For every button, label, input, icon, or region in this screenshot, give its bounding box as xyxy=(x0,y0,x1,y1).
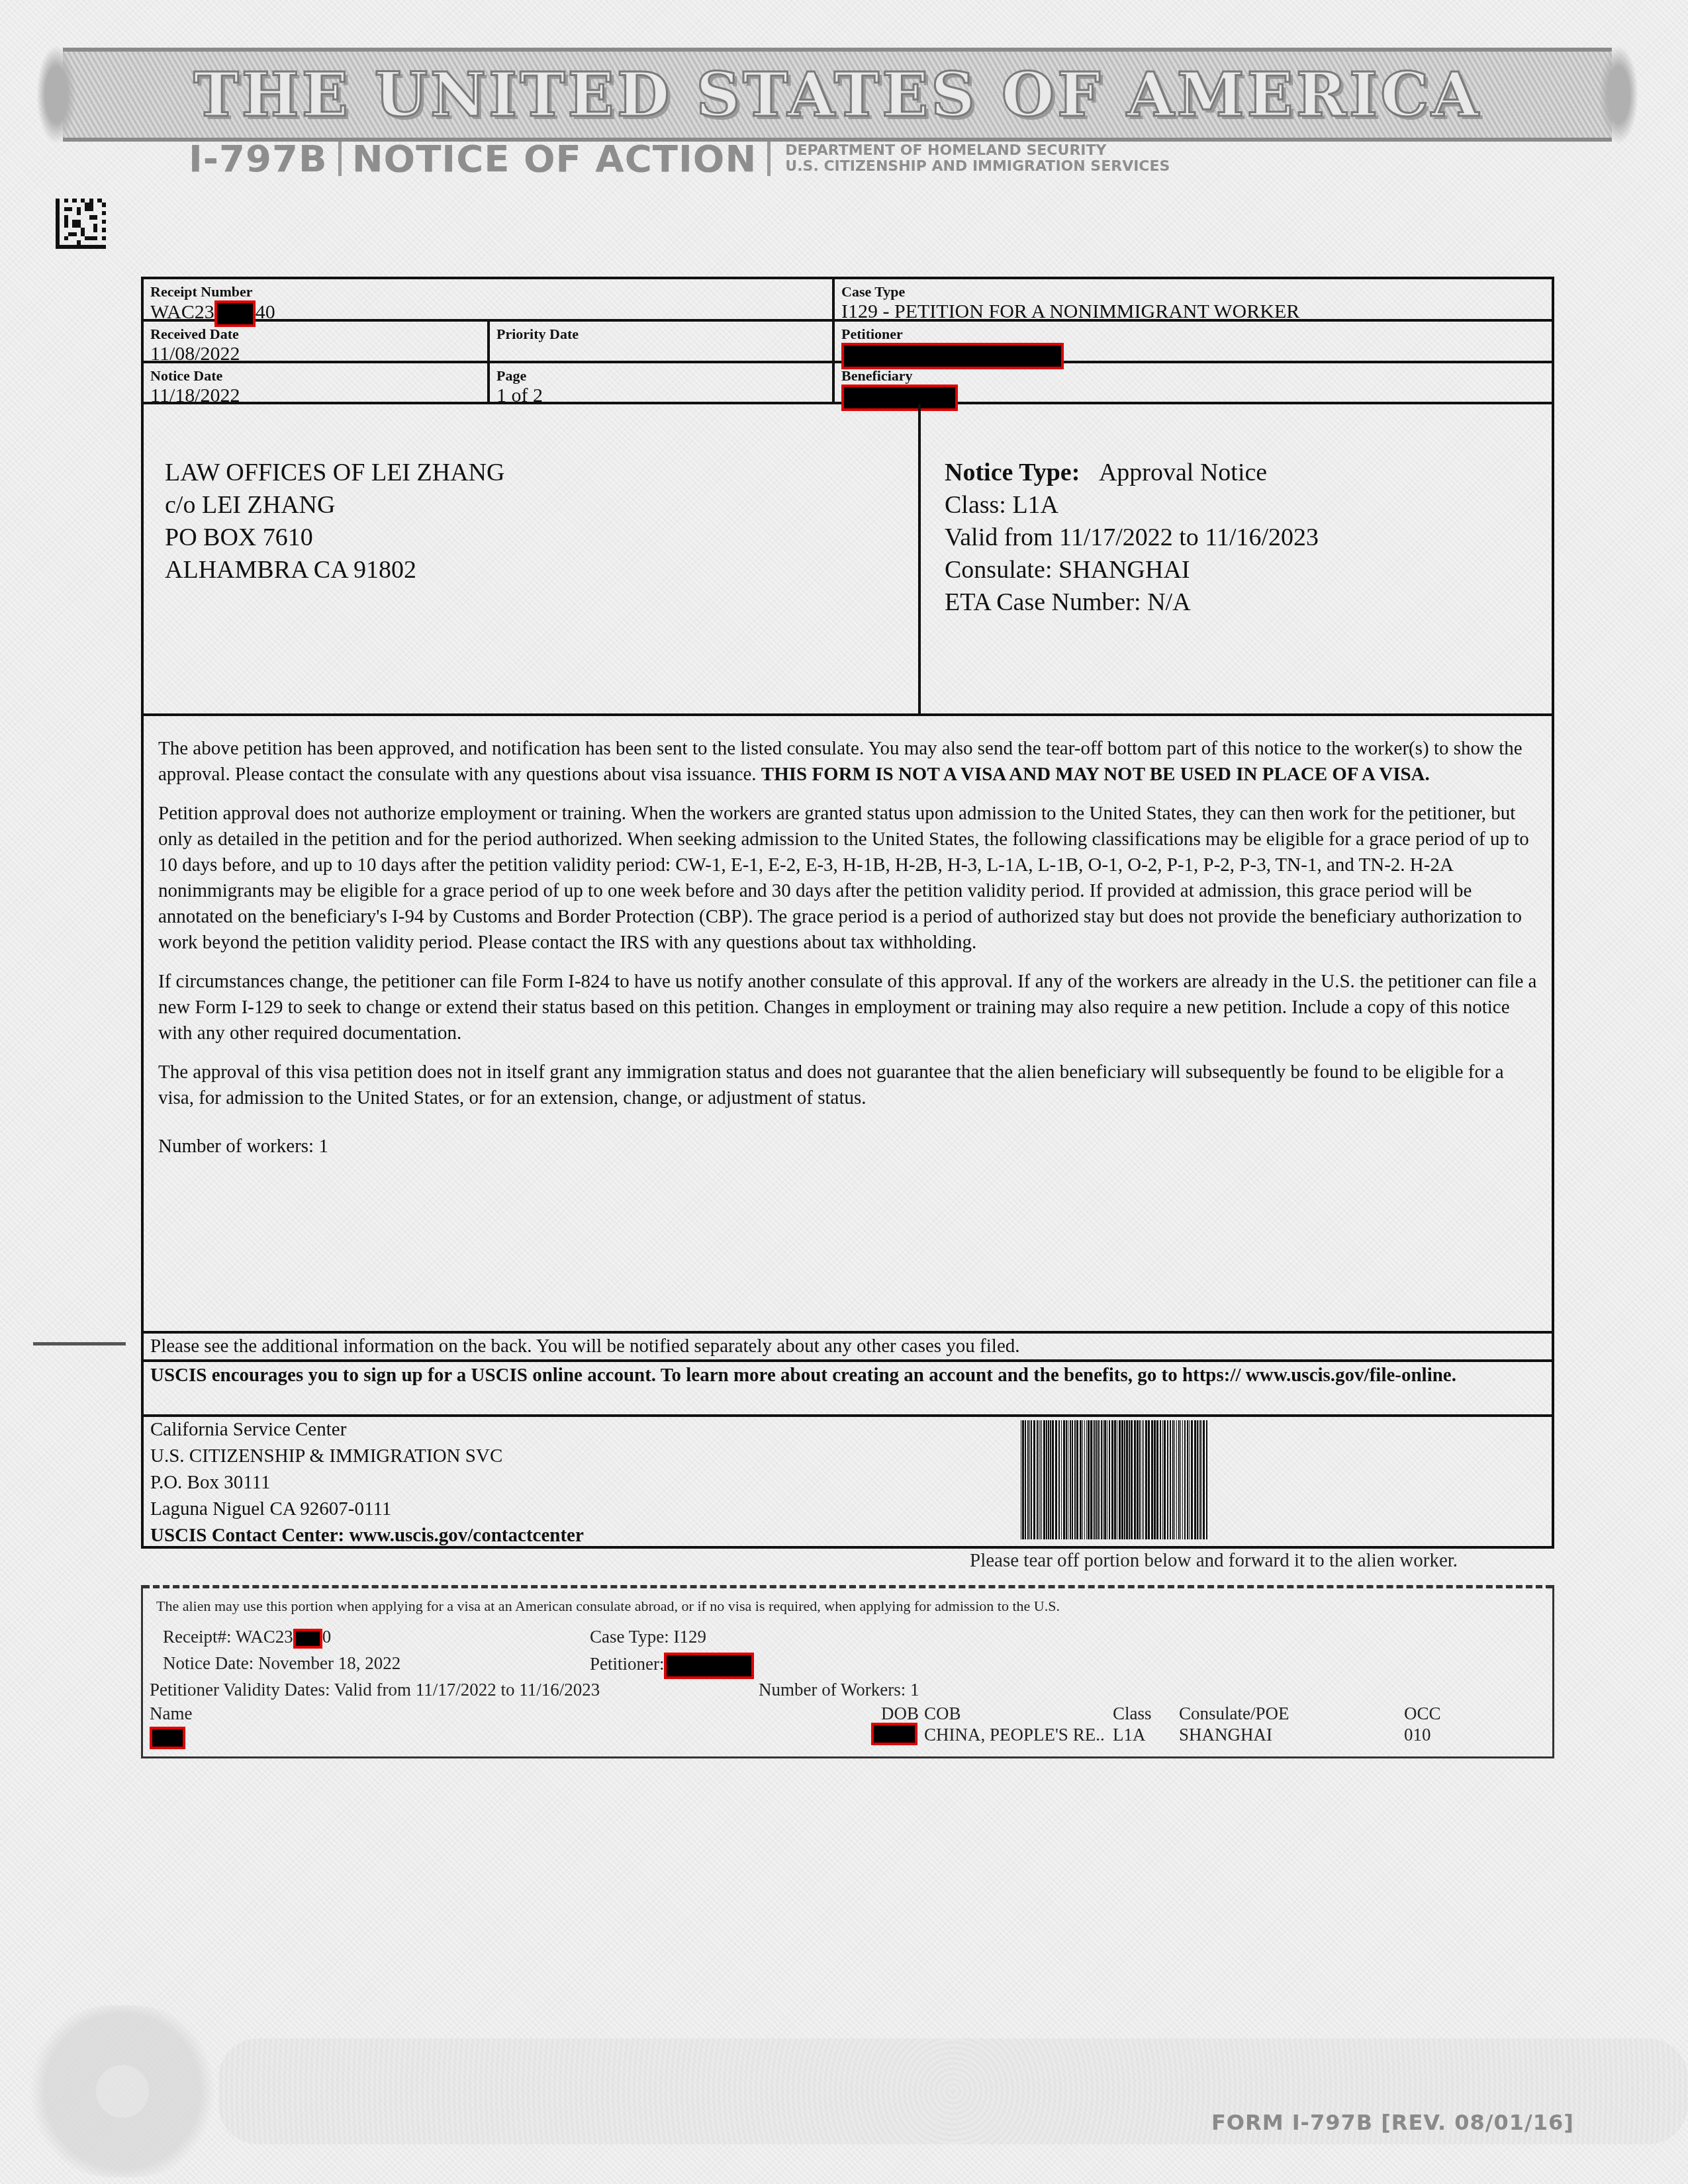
receipt-number-label: Receipt Number xyxy=(150,283,825,300)
case-type-cell: Case Type I129 - PETITION FOR A NONIMMIG… xyxy=(835,279,1553,319)
banner-title: THE UNITED STATES OF AMERICA xyxy=(193,59,1481,130)
case-type-label: Case Type xyxy=(841,283,1546,300)
stub-petitioner: Petitioner: xyxy=(590,1653,754,1679)
center-line: U.S. CITIZENSHIP & IMMIGRATION SVC xyxy=(150,1443,799,1469)
divider xyxy=(767,142,771,176)
notice-date-cell: Notice Date 11/18/2022 xyxy=(144,363,487,402)
notice-details: Notice Type: Approval Notice Class: L1A … xyxy=(938,453,1534,623)
online-account-note: USCIS encourages you to sign up for a US… xyxy=(144,1362,1468,1388)
beneficiary-cell: Beneficiary xyxy=(835,363,1553,402)
department-name: DEPARTMENT OF HOMELAND SECURITY U.S. CIT… xyxy=(785,143,1170,175)
stub-receipt: Receipt#: WAC230 xyxy=(163,1626,331,1649)
redaction xyxy=(664,1653,754,1679)
notice-type-label: Notice Type: xyxy=(945,459,1080,486)
form-revision: FORM I-797B [REV. 08/01/16] xyxy=(1211,2110,1574,2135)
address-line: LAW OFFICES OF LEI ZHANG xyxy=(165,457,893,489)
body-paragraph: If circumstances change, the petitioner … xyxy=(158,969,1542,1046)
mailing-address: LAW OFFICES OF LEI ZHANG c/o LEI ZHANG P… xyxy=(158,453,900,590)
name-redaction xyxy=(150,1727,185,1749)
notice-form: Receipt Number WAC2340 Case Type I129 - … xyxy=(141,277,1554,1549)
notice-date-label: Notice Date xyxy=(150,367,481,385)
additional-info-note: Please see the additional information on… xyxy=(144,1333,1547,1359)
notice-eta-case-number: ETA Case Number: N/A xyxy=(945,586,1527,619)
body-paragraph: The approval of this visa petition does … xyxy=(158,1060,1542,1111)
tear-line xyxy=(143,1585,1552,1588)
column-divider xyxy=(918,404,921,716)
notice-class: Class: L1A xyxy=(945,489,1527,522)
petitioner-cell: Petitioner xyxy=(835,322,1553,361)
case-type-value: I129 - PETITION FOR A NONIMMIGRANT WORKE… xyxy=(841,300,1546,323)
stub-notice-date: Notice Date: November 18, 2022 xyxy=(163,1653,400,1674)
tear-off-note: Please tear off portion below and forwar… xyxy=(970,1549,1458,1572)
center-line: California Service Center xyxy=(150,1416,799,1443)
receipt-number-cell: Receipt Number WAC2340 xyxy=(144,279,832,319)
received-date-label: Received Date xyxy=(150,326,481,343)
security-seal-watermark xyxy=(26,2005,218,2177)
page-cell: Page 1 of 2 xyxy=(490,363,832,402)
beneficiary-redaction xyxy=(841,385,958,411)
beneficiary-label: Beneficiary xyxy=(841,367,1546,385)
address-line: ALHAMBRA CA 91802 xyxy=(165,554,893,586)
center-line: Laguna Niguel CA 92607-0111 xyxy=(150,1496,799,1522)
stub-row-cob: CHINA, PEOPLE'S RE.. xyxy=(924,1724,1105,1745)
notice-date-value: 11/18/2022 xyxy=(150,385,481,407)
stub-row-class: L1A xyxy=(1113,1724,1146,1745)
body-paragraph: The above petition has been approved, an… xyxy=(158,736,1542,788)
column-header-class: Class xyxy=(1113,1703,1152,1724)
column-header-name: Name xyxy=(150,1703,192,1724)
datamatrix-barcode-icon xyxy=(56,199,106,249)
notice-type: Notice Type: Approval Notice xyxy=(945,457,1527,489)
column-header-consulate: Consulate/POE xyxy=(1179,1703,1289,1724)
center-line: P.O. Box 30111 xyxy=(150,1469,799,1496)
priority-date-label: Priority Date xyxy=(496,326,825,343)
contact-center-link[interactable]: USCIS Contact Center: www.uscis.gov/cont… xyxy=(150,1522,799,1549)
form-name: NOTICE OF ACTION xyxy=(352,138,757,181)
fold-mark xyxy=(33,1342,126,1345)
dept-line-2: U.S. CITIZENSHIP AND IMMIGRATION SERVICE… xyxy=(785,158,1170,175)
petitioner-label: Petitioner xyxy=(841,326,1546,343)
notice-body: The above petition has been approved, an… xyxy=(158,736,1542,1173)
number-of-workers: Number of workers: 1 xyxy=(158,1134,1542,1160)
stub-intro: The alien may use this portion when appl… xyxy=(156,1596,1060,1617)
received-date-value: 11/08/2022 xyxy=(150,343,481,365)
stub-validity: Petitioner Validity Dates: Valid from 11… xyxy=(150,1679,600,1700)
dob-redaction xyxy=(871,1723,917,1745)
stub-row-name xyxy=(150,1725,185,1749)
column-header-occ: OCC xyxy=(1404,1703,1441,1724)
page-value: 1 of 2 xyxy=(496,385,825,407)
stub-number-of-workers: Number of Workers: 1 xyxy=(759,1679,919,1700)
divider xyxy=(338,142,342,176)
stub-case-type: Case Type: I129 xyxy=(590,1626,706,1647)
column-header-cob: COB xyxy=(924,1703,961,1724)
dept-line-1: DEPARTMENT OF HOMELAND SECURITY xyxy=(785,142,1106,159)
stub-row-dob xyxy=(871,1721,917,1745)
service-center-address: California Service Center U.S. CITIZENSH… xyxy=(144,1416,806,1549)
warning-text: THIS FORM IS NOT A VISA AND MAY NOT BE U… xyxy=(761,764,1430,785)
row-divider xyxy=(144,713,1552,716)
redaction xyxy=(293,1629,322,1649)
notice-consulate: Consulate: SHANGHAI xyxy=(945,554,1527,586)
priority-date-cell: Priority Date xyxy=(490,322,832,361)
address-line: PO BOX 7610 xyxy=(165,522,893,554)
notice-validity: Valid from 11/17/2022 to 11/16/2023 xyxy=(945,522,1527,554)
stub-row-occ: 010 xyxy=(1404,1724,1431,1745)
header-banner: THE UNITED STATES OF AMERICA xyxy=(63,48,1612,142)
received-date-cell: Received Date 11/08/2022 xyxy=(144,322,487,361)
address-line: c/o LEI ZHANG xyxy=(165,489,893,522)
form-code: I-797B xyxy=(189,138,328,181)
notice-type-value: Approval Notice xyxy=(1099,459,1267,486)
barcode-icon xyxy=(1021,1420,1207,1539)
form-heading: I-797B NOTICE OF ACTION DEPARTMENT OF HO… xyxy=(189,136,1170,182)
tear-off-stub: The alien may use this portion when appl… xyxy=(141,1585,1554,1758)
page-label: Page xyxy=(496,367,825,385)
stub-row-consulate: SHANGHAI xyxy=(1179,1724,1272,1745)
body-paragraph: Petition approval does not authorize emp… xyxy=(158,801,1542,956)
